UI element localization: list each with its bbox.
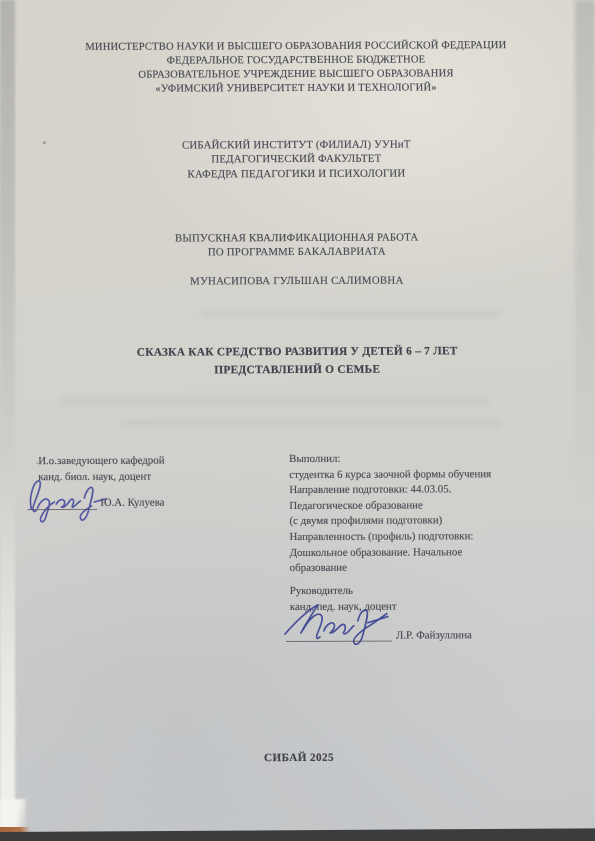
city-year-footer: СИБАЙ 2025 (1, 751, 595, 766)
performer-line: образование (290, 560, 565, 577)
performer-block: Выполнил: студентка 6 курса заочной форм… (289, 451, 565, 577)
performer-line: студентка 6 курса заочной формы обучения (289, 466, 564, 483)
fayzullina-signature (282, 598, 412, 651)
performer-line: Педагогическое образование (289, 498, 564, 515)
supervisor-name: Л.Р. Файзуллина (396, 629, 472, 641)
scanned-title-page: МИНИСТЕРСТВО НАУКИ И ВЫСШЕГО ОБРАЗОВАНИЯ… (0, 0, 595, 841)
ministry-header: МИНИСТЕРСТВО НАУКИ И ВЫСШЕГО ОБРАЗОВАНИЯ… (0, 39, 594, 98)
paper-left-edge (0, 0, 15, 841)
performer-line: Дошкольное образование. Начальное (290, 544, 565, 561)
thesis-title-line: ПРЕДСТАВЛЕНИЙ О СЕМЬЕ (0, 360, 595, 381)
performer-line: Направление подготовки: 44.03.05. (289, 482, 564, 499)
performer-label: Выполнил: (289, 451, 564, 468)
thesis-title: СКАЗКА КАК СРЕДСТВО РАЗВИТИЯ У ДЕТЕЙ 6 –… (0, 342, 595, 381)
author-name: МУНАСИПОВА ГУЛЬШАН САЛИМОВНА (0, 274, 594, 289)
approver-name: Ю.А. Кулуева (100, 497, 164, 509)
approver-position: И.о.заведующего кафедрой (38, 452, 278, 469)
work-type-block: ВЫПУСКНАЯ КВАЛИФИКАЦИОННАЯ РАБОТА ПО ПРО… (0, 230, 594, 261)
ministry-line: МИНИСТЕРСТВО НАУКИ И ВЫСШЕГО ОБРАЗОВАНИЯ… (0, 39, 593, 56)
institute-line: КАФЕДРА ПЕДАГОГИКИ И ПСИХОЛОГИИ (0, 166, 594, 183)
page-content: МИНИСТЕРСТВО НАУКИ И ВЫСШЕГО ОБРАЗОВАНИЯ… (0, 0, 595, 841)
supervisor-label: Руководитель (290, 582, 565, 599)
institute-block: СИБАЙСКИЙ ИНСТИТУТ (ФИЛИАЛ) УУНиТ ПЕДАГО… (0, 137, 594, 183)
ministry-line: «УФИМСКИЙ УНИВЕРСИТЕТ НАУКИ И ТЕХНОЛОГИЙ… (0, 81, 594, 98)
performer-line: Направленность (профиль) подготовки: (289, 529, 564, 546)
work-type-line: ПО ПРОГРАММЕ БАКАЛАВРИАТА (0, 244, 594, 261)
performer-line: (с двумя профилями подготовки) (289, 513, 564, 530)
paper-right-edge-shadow (575, 0, 595, 505)
